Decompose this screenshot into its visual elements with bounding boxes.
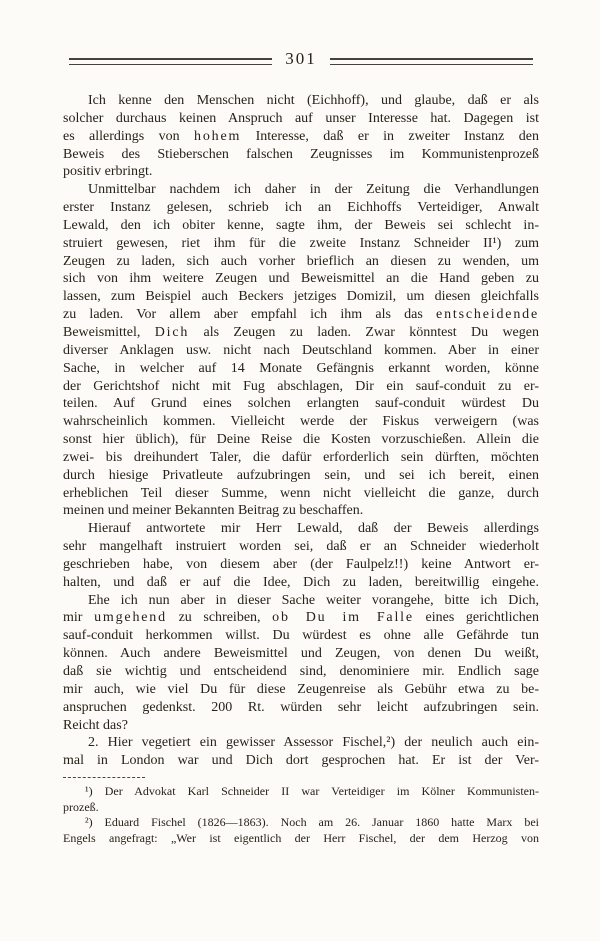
text-segment: es allerdings von xyxy=(63,129,194,144)
running-head: 301 xyxy=(69,54,533,68)
text-segment: lassen, zum Beispiel auch Beckers jetzig… xyxy=(63,289,539,304)
text-line: Engels angefragt: „Wer ist eigentlich de… xyxy=(63,831,539,847)
text-segment: mal in London war und Dich dort gesproch… xyxy=(63,753,539,768)
text-line: mal in London war und Dich dort gesproch… xyxy=(63,752,539,770)
text-segment: ¹) Der Advokat Karl Schneider II war Ver… xyxy=(85,784,539,798)
text-line: diverser Anklagen usw. nicht nach Deutsc… xyxy=(63,342,539,360)
text-line: teilen. Auf Grund eines solchen erlangte… xyxy=(63,395,539,413)
text-line: es allerdings von hohem Interesse, daß e… xyxy=(63,128,539,146)
text-segment: durch hiesige Privatleute aufzubringen s… xyxy=(63,468,539,483)
text-line: ²) Eduard Fischel (1826—1863). Noch am 2… xyxy=(63,815,539,831)
text-segment: sehr mangelhaft instruiert worden sei, d… xyxy=(63,539,539,554)
text-segment: als Zeugen zu laden. Zwar könntest Du we… xyxy=(189,325,539,340)
footnote-separator xyxy=(63,777,145,778)
text-line: sauf-conduit herkommen willst. Du würdes… xyxy=(63,627,539,645)
paragraph: Unmittelbar nachdem ich daher in der Zei… xyxy=(63,181,539,520)
text-line: zu laden. Vor allem aber empfahl ich ihm… xyxy=(63,306,539,324)
emphasized-text: entscheidende xyxy=(436,307,539,322)
text-segment: ²) Eduard Fischel (1826—1863). Noch am 2… xyxy=(85,815,539,829)
text-line: anspruchen gedenkst. 200 Rt. würden sehr… xyxy=(63,699,539,717)
text-segment: prozeß. xyxy=(63,800,99,814)
text-block: 301 Ich kenne den Menschen nicht (Eichho… xyxy=(63,54,539,846)
text-line: durch hiesige Privatleute aufzubringen s… xyxy=(63,467,539,485)
text-segment: meinen und meiner Bekannten Beitrag zu b… xyxy=(63,503,363,518)
text-line: sich von ihm weitere Zeugen und Beweismi… xyxy=(63,270,539,288)
text-line: Hierauf antwortete mir Herr Lewald, daß … xyxy=(63,520,539,538)
text-segment: zwei- bis dreihundert Taler, die dafür e… xyxy=(63,450,539,465)
text-segment: diverser Anklagen usw. nicht nach Deutsc… xyxy=(63,343,539,358)
text-segment: mir xyxy=(63,610,94,625)
text-segment: struiert gewesen, riet ihm für die zweit… xyxy=(63,236,539,251)
text-line: Reicht das? xyxy=(63,717,539,735)
text-segment: Interesse, daß er in zweiter Instanz den xyxy=(241,129,539,144)
text-line: prozeß. xyxy=(63,800,539,816)
emphasized-text: hohem xyxy=(194,129,241,144)
text-line: halten, und daß er auf die Idee, Dich zu… xyxy=(63,574,539,592)
text-segment: Ehe ich nun aber in dieser Sache weiter … xyxy=(88,593,539,608)
paragraph: Ich kenne den Menschen nicht (Eichhoff),… xyxy=(63,92,539,181)
text-line: Ehe ich nun aber in dieser Sache weiter … xyxy=(63,592,539,610)
text-segment: teilen. Auf Grund eines solchen erlangte… xyxy=(63,396,539,411)
text-segment: der Gerichtshof nicht mit Fug abschlagen… xyxy=(63,379,539,394)
text-line: Ich kenne den Menschen nicht (Eichhoff),… xyxy=(63,92,539,110)
text-line: sonst hier üblich), für Deine Reise die … xyxy=(63,431,539,449)
text-segment: mir auch, wie viel Du für diese Zeugenre… xyxy=(63,682,539,697)
text-segment: sauf-conduit herkommen willst. Du würdes… xyxy=(63,628,539,643)
text-segment: Zeugen zu laden, sich auch vorher briefl… xyxy=(63,254,539,269)
text-line: Sache, in welcher auf 14 Monate Gefängni… xyxy=(63,360,539,378)
text-segment: positiv erbringt. xyxy=(63,164,152,179)
text-segment: solcher durchaus keinen Anspruch auf uns… xyxy=(63,111,539,126)
footnote: ²) Eduard Fischel (1826—1863). Noch am 2… xyxy=(63,815,539,846)
text-line: Unmittelbar nachdem ich daher in der Zei… xyxy=(63,181,539,199)
header-rule-right xyxy=(330,58,533,65)
text-segment: geschrieben habe, von diesem aber (der F… xyxy=(63,557,539,572)
text-line: solcher durchaus keinen Anspruch auf uns… xyxy=(63,110,539,128)
text-segment: erheblichen Teil dieser Summe, wenn nich… xyxy=(63,486,539,501)
text-line: zwei- bis dreihundert Taler, die dafür e… xyxy=(63,449,539,467)
text-line: können. Auch andere Beweismittel und Zeu… xyxy=(63,645,539,663)
text-segment: wahrscheinlich kommen. Vielleicht werde … xyxy=(63,414,539,429)
text-line: Lewald, den ich obiter kenne, sagte ihm,… xyxy=(63,217,539,235)
body-text: Ich kenne den Menschen nicht (Eichhoff),… xyxy=(63,92,539,770)
emphasized-text: Dich xyxy=(155,325,190,340)
text-segment: Unmittelbar nachdem ich daher in der Zei… xyxy=(88,182,539,197)
book-page: 301 Ich kenne den Menschen nicht (Eichho… xyxy=(0,0,600,941)
text-line: ¹) Der Advokat Karl Schneider II war Ver… xyxy=(63,784,539,800)
footnote: ¹) Der Advokat Karl Schneider II war Ver… xyxy=(63,784,539,815)
text-line: mir umgehend zu schreiben, ob Du im Fall… xyxy=(63,609,539,627)
page-number: 301 xyxy=(272,52,330,66)
text-line: struiert gewesen, riet ihm für die zweit… xyxy=(63,235,539,253)
text-segment: Sache, in welcher auf 14 Monate Gefängni… xyxy=(63,361,539,376)
text-line: Beweismittel, Dich als Zeugen zu laden. … xyxy=(63,324,539,342)
emphasized-text: ob Du im Falle xyxy=(272,610,414,625)
text-segment: Beweismittel, xyxy=(63,325,155,340)
text-line: positiv erbringt. xyxy=(63,163,539,181)
text-segment: Engels angefragt: „Wer ist eigentlich de… xyxy=(63,831,539,845)
paragraph: 2. Hier vegetiert ein gewisser Assessor … xyxy=(63,734,539,770)
text-segment: daß sie wichtig und entscheidend sind, d… xyxy=(63,664,539,679)
text-segment: können. Auch andere Beweismittel und Zeu… xyxy=(63,646,539,661)
text-segment: anspruchen gedenkst. 200 Rt. würden sehr… xyxy=(63,700,539,715)
text-line: wahrscheinlich kommen. Vielleicht werde … xyxy=(63,413,539,431)
text-segment: 2. Hier vegetiert ein gewisser Assessor … xyxy=(88,735,539,750)
text-line: 2. Hier vegetiert ein gewisser Assessor … xyxy=(63,734,539,752)
text-line: geschrieben habe, von diesem aber (der F… xyxy=(63,556,539,574)
text-segment: Reicht das? xyxy=(63,718,128,733)
text-line: Zeugen zu laden, sich auch vorher briefl… xyxy=(63,253,539,271)
text-segment: halten, und daß er auf die Idee, Dich zu… xyxy=(63,575,539,590)
text-segment: zu laden. Vor allem aber empfahl ich ihm… xyxy=(63,307,436,322)
header-rule-left xyxy=(69,58,272,65)
text-segment: Ich kenne den Menschen nicht (Eichhoff),… xyxy=(88,93,539,108)
text-line: sehr mangelhaft instruiert worden sei, d… xyxy=(63,538,539,556)
footnotes: ¹) Der Advokat Karl Schneider II war Ver… xyxy=(63,784,539,846)
text-line: erheblichen Teil dieser Summe, wenn nich… xyxy=(63,485,539,503)
text-segment: zu schreiben, xyxy=(167,610,272,625)
text-segment: erster Instanz gelesen, schrieb ich an E… xyxy=(63,200,539,215)
text-segment: sich von ihm weitere Zeugen und Beweismi… xyxy=(63,271,539,286)
text-line: daß sie wichtig und entscheidend sind, d… xyxy=(63,663,539,681)
text-line: lassen, zum Beispiel auch Beckers jetzig… xyxy=(63,288,539,306)
text-segment: Lewald, den ich obiter kenne, sagte ihm,… xyxy=(63,218,539,233)
text-line: Beweis des Stieberschen falschen Zeugnis… xyxy=(63,146,539,164)
paragraph: Hierauf antwortete mir Herr Lewald, daß … xyxy=(63,520,539,591)
paragraph: Ehe ich nun aber in dieser Sache weiter … xyxy=(63,592,539,735)
text-line: mir auch, wie viel Du für diese Zeugenre… xyxy=(63,681,539,699)
text-segment: Hierauf antwortete mir Herr Lewald, daß … xyxy=(88,521,539,536)
text-line: erster Instanz gelesen, schrieb ich an E… xyxy=(63,199,539,217)
text-segment: eines gerichtlichen xyxy=(414,610,539,625)
text-segment: Beweis des Stieberschen falschen Zeugnis… xyxy=(63,147,539,162)
text-segment: sonst hier üblich), für Deine Reise die … xyxy=(63,432,539,447)
emphasized-text: umgehend xyxy=(94,610,167,625)
text-line: meinen und meiner Bekannten Beitrag zu b… xyxy=(63,502,539,520)
text-line: der Gerichtshof nicht mit Fug abschlagen… xyxy=(63,378,539,396)
